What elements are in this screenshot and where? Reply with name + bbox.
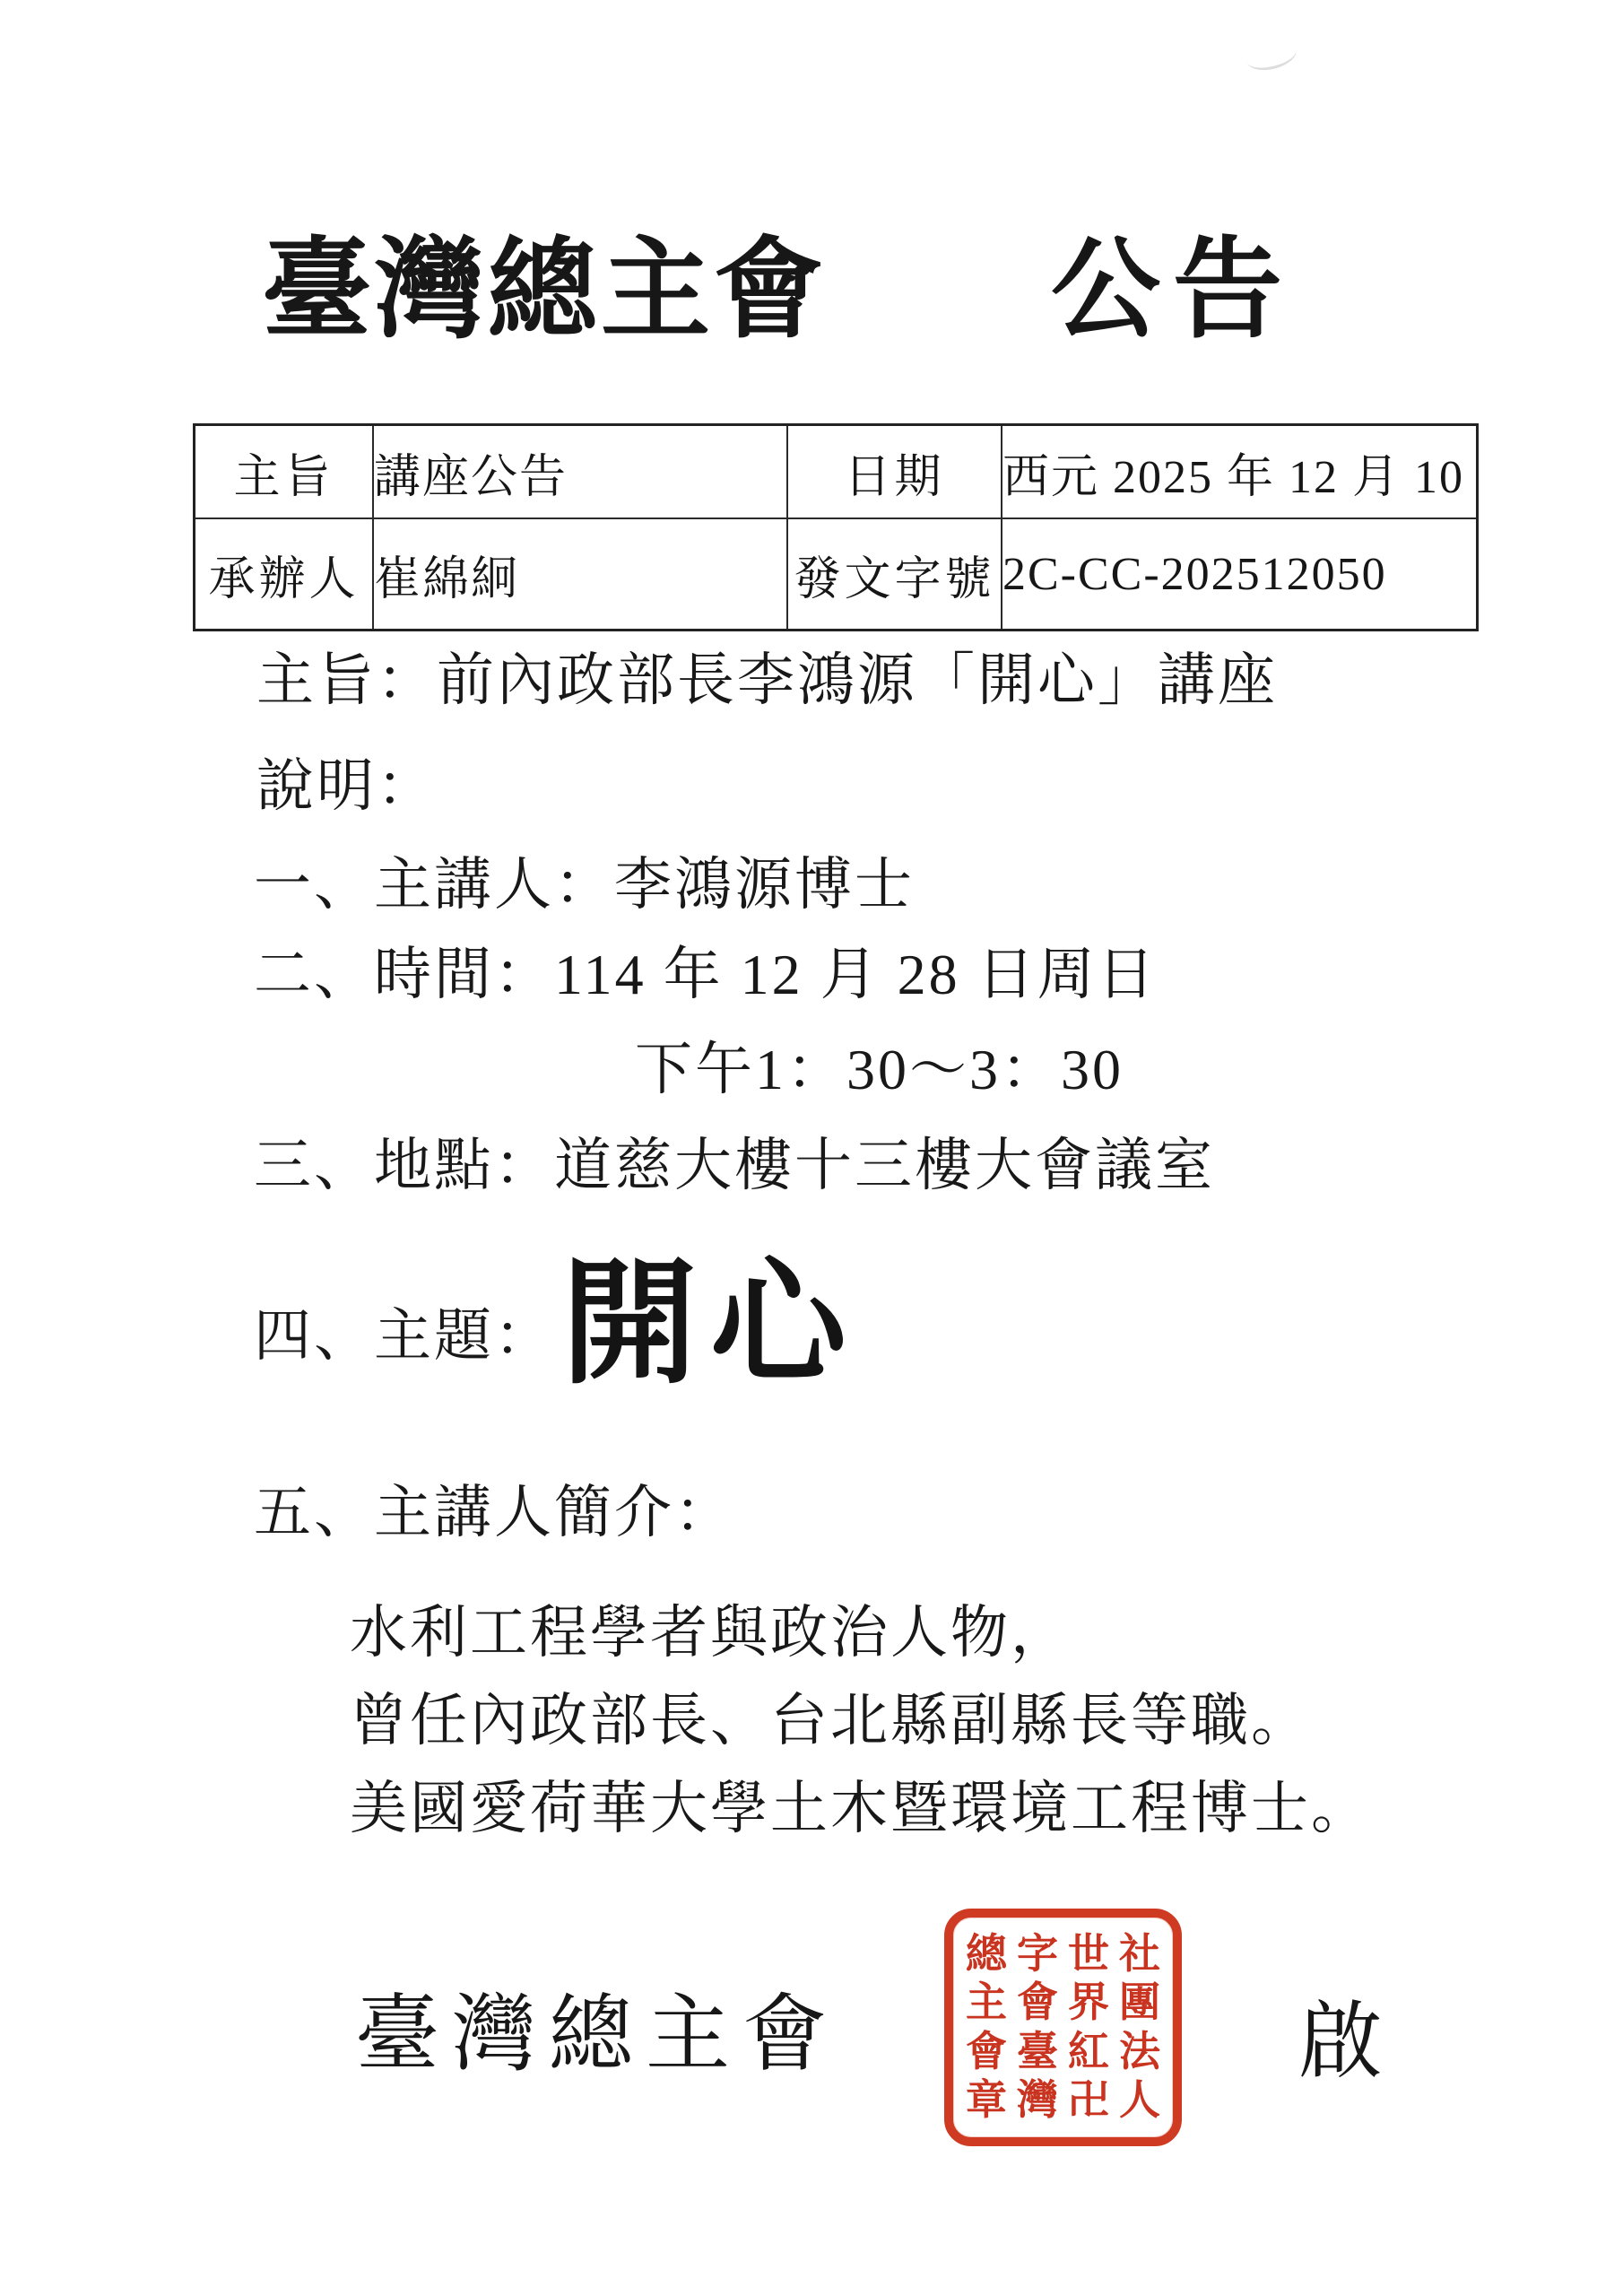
seal-column-1: 社團法人 <box>1117 1930 1162 2125</box>
topic-value: 開心 <box>561 1254 859 1397</box>
seal-column-3: 字會臺灣 <box>1015 1930 1060 2125</box>
item-time-detail: 下午1：30～3：30 <box>635 1037 1124 1103</box>
explanation-label: 說明： <box>256 753 437 820</box>
date-value-cell: 西元 2025 年 12 月 10 日 <box>1002 425 1478 519</box>
footer-organization-signature: 臺灣總主會 <box>355 1966 839 2087</box>
subject-label-cell: 主旨 <box>195 425 374 519</box>
item-location: 三、地點：道慈大樓十三樓大會議室 <box>254 1133 1215 1199</box>
doc-number-label-cell: 發文字號 <box>787 518 1002 631</box>
bio-line: 水利工程學者與政治人物， <box>350 1600 1071 1666</box>
subject-value-cell: 講座公告 <box>373 425 787 519</box>
title-doc-type: 公告 <box>1051 230 1295 352</box>
bio-line: 美國愛荷華大學土木暨環境工程博士。 <box>350 1776 1371 1842</box>
doc-number-value-cell: 2C-CC-202512050 <box>1002 518 1478 631</box>
table-row: 主旨 講座公告 日期 西元 2025 年 12 月 10 日 <box>195 425 1478 519</box>
date-label-cell: 日期 <box>787 425 1002 519</box>
item-speaker: 一、主講人：李鴻源博士 <box>254 852 915 918</box>
title-organization: 臺灣總主會 <box>262 230 827 352</box>
handler-value-cell: 崔綿絅 <box>373 518 787 631</box>
footer-closing-character: 啟 <box>1298 1973 1383 2094</box>
seal-column-4: 總主會章 <box>964 1930 1009 2125</box>
seal-column-2: 世界紅卍 <box>1066 1930 1111 2125</box>
item-time: 二、時間：114 年 12 月 28 日周日 <box>254 942 1158 1008</box>
document-info-table: 主旨 講座公告 日期 西元 2025 年 12 月 10 日 承辦人 崔綿絅 發… <box>193 423 1479 631</box>
bio-line: 曾任內政部長、台北縣副縣長等職。 <box>350 1688 1311 1754</box>
handler-label-cell: 承辦人 <box>195 518 374 631</box>
scan-smudge-artifact <box>1244 38 1298 75</box>
table-row: 承辦人 崔綿絅 發文字號 2C-CC-202512050 <box>195 518 1478 631</box>
red-seal-stamp: 社團法人 世界紅卍 字會臺灣 總主會章 <box>944 1909 1182 2146</box>
subject-line: 主旨：前內政部長李鴻源「開心」講座 <box>256 648 1278 714</box>
announcement-page: 臺灣總主會公告 主旨 講座公告 日期 西元 2025 年 12 月 10 日 承… <box>0 0 1623 2296</box>
topic-label: 四、主題： <box>254 1290 554 1372</box>
item-bio-label: 五、主講人簡介： <box>254 1480 734 1546</box>
item-topic: 四、主題： 開心 <box>254 1254 859 1397</box>
document-title: 臺灣總主會公告 <box>262 231 1295 352</box>
